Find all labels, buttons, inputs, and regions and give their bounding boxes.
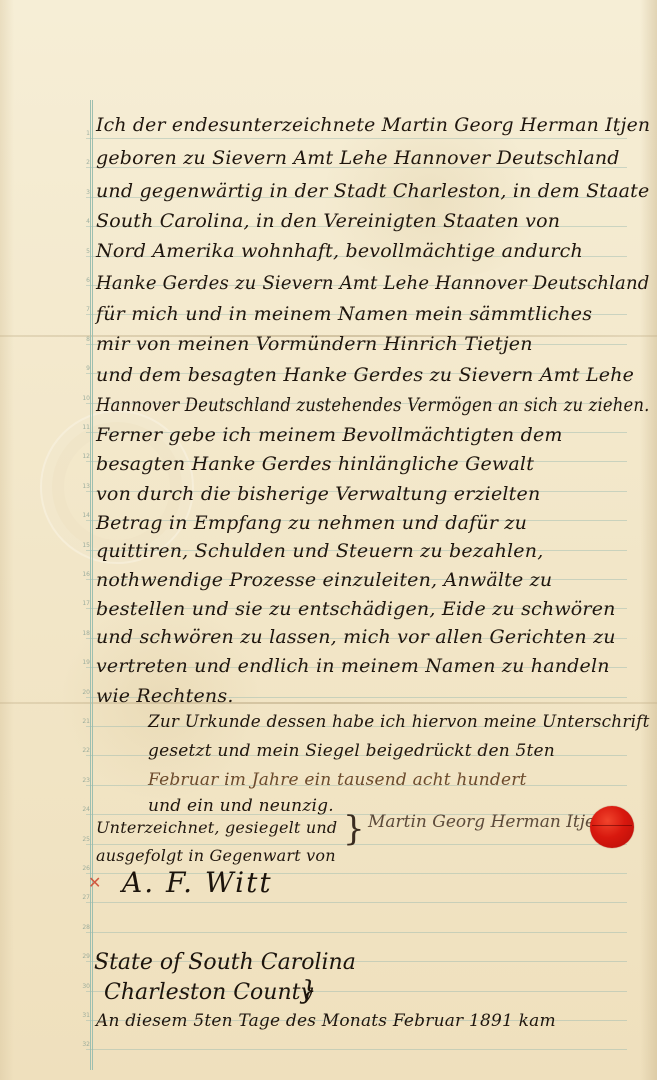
- brace-mark: }: [343, 812, 365, 846]
- line-number: 27: [80, 894, 90, 901]
- brace-mark: }: [300, 976, 317, 1006]
- witness-x-mark: ✕: [88, 873, 101, 892]
- line-number: 8: [80, 336, 90, 343]
- body-line-18: und schwören zu lassen, mich vor allen G…: [96, 626, 616, 648]
- line-number: 29: [80, 953, 90, 960]
- signer-signature: Martin Georg Herman Itjen: [368, 812, 606, 832]
- line-number: 31: [80, 1012, 90, 1019]
- line-number: 1: [80, 130, 90, 137]
- ruled-line: [86, 1049, 627, 1050]
- body-line-2: geboren zu Sievern Amt Lehe Hannover Deu…: [96, 147, 620, 169]
- line-number: 10: [80, 395, 90, 402]
- attestation-line-1: Zur Urkunde dessen habe ich hiervon mein…: [148, 712, 650, 732]
- body-line-16: nothwendige Prozesse einzuleiten, Anwält…: [96, 569, 552, 591]
- body-line-20: wie Rechtens.: [96, 685, 234, 707]
- line-number: 4: [80, 218, 90, 225]
- line-number: 24: [80, 806, 90, 813]
- line-number: 17: [80, 600, 90, 607]
- line-number: 20: [80, 689, 90, 696]
- body-line-3: und gegenwärtig in der Stadt Charleston,…: [96, 180, 649, 202]
- line-number: 2: [80, 159, 90, 166]
- line-number: 18: [80, 630, 90, 637]
- line-number: 16: [80, 571, 90, 578]
- attestation-line-2: gesetzt und mein Siegel beigedrückt den …: [148, 741, 555, 761]
- line-number: 25: [80, 836, 90, 843]
- body-line-6: Hanke Gerdes zu Sievern Amt Lehe Hannove…: [96, 272, 650, 294]
- line-number: 11: [80, 424, 90, 431]
- body-line-19: vertreten und endlich in meinem Namen zu…: [96, 655, 610, 677]
- line-number: 3: [80, 189, 90, 196]
- line-number: 15: [80, 542, 90, 549]
- line-number: 12: [80, 453, 90, 460]
- line-number: 6: [80, 277, 90, 284]
- line-number: 19: [80, 659, 90, 666]
- body-line-12: besagten Hanke Gerdes hinlängliche Gewal…: [96, 453, 534, 475]
- line-number: 7: [80, 306, 90, 313]
- body-line-5: Nord Amerika wohnhaft, bevollmächtige an…: [96, 240, 583, 262]
- body-line-10: Hannover Deutschland zustehendes Vermöge…: [96, 394, 650, 416]
- wax-seal: [590, 806, 634, 848]
- date-line: An diesem 5ten Tage des Monats Februar 1…: [96, 1011, 556, 1031]
- document-page: 1234567891011121314151617181920212223242…: [0, 0, 657, 1080]
- body-line-15: quittiren, Schulden und Steuern zu bezah…: [96, 540, 543, 562]
- attestation-line-3: Februar im Jahre ein tausend acht hunder…: [148, 770, 527, 790]
- body-line-14: Betrag in Empfang zu nehmen und dafür zu: [96, 512, 527, 534]
- body-line-11: Ferner gebe ich meinem Bevollmächtigten …: [96, 424, 563, 446]
- line-number: 21: [80, 718, 90, 725]
- body-line-1: Ich der endesunterzeichnete Martin Georg…: [96, 114, 650, 136]
- body-line-9: und dem besagten Hanke Gerdes zu Sievern…: [96, 364, 634, 386]
- witness-signature: A. F. Witt: [122, 866, 273, 899]
- margin-rule: [90, 100, 93, 1070]
- body-line-8: mir von meinen Vormündern Hinrich Tietje…: [96, 333, 533, 355]
- ruled-line: [86, 902, 627, 903]
- body-line-13: von durch die bisherige Verwaltung erzie…: [96, 483, 540, 505]
- state-heading: State of South Carolina: [94, 950, 356, 975]
- county-heading: Charleston County: [104, 980, 313, 1005]
- signed-sealed-label: Unterzeichnet, gesiegelt und: [96, 818, 337, 837]
- body-line-4: South Carolina, in den Vereinigten Staat…: [96, 210, 560, 232]
- body-line-17: bestellen und sie zu entschädigen, Eide …: [96, 598, 616, 620]
- ruled-line: [86, 932, 627, 933]
- attestation-line-4: und ein und neunzig.: [148, 796, 334, 816]
- line-number: 13: [80, 483, 90, 490]
- line-number: 14: [80, 512, 90, 519]
- line-number: 30: [80, 983, 90, 990]
- body-line-7: für mich und in meinem Namen mein sämmtl…: [96, 303, 592, 325]
- line-number: 28: [80, 924, 90, 931]
- line-number: 32: [80, 1041, 90, 1048]
- line-number: 9: [80, 365, 90, 372]
- line-number: 26: [80, 865, 90, 872]
- presence-of-label: ausgefolgt in Gegenwart von: [96, 846, 336, 865]
- line-number: 23: [80, 777, 90, 784]
- ruled-line: [86, 138, 627, 139]
- line-number: 5: [80, 248, 90, 255]
- line-number: 22: [80, 747, 90, 754]
